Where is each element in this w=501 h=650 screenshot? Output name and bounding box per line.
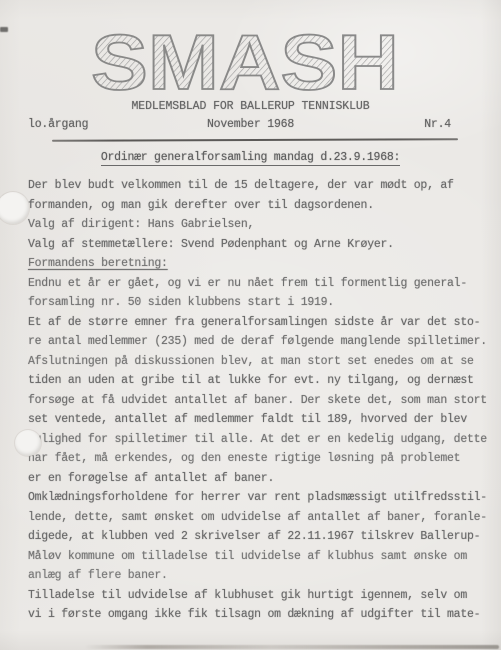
masthead-logo: SMASH	[85, 22, 405, 102]
text-line: re antal medlemmer (235) med de deraf fø…	[28, 332, 494, 352]
hole-punch-bottom	[15, 430, 41, 456]
article-lines: Der blev budt velkommen til de 15 deltag…	[28, 176, 494, 625]
text-line: set ventede, antallet af medlemmer faldt…	[28, 410, 494, 430]
text-line: tiden an uden at gribe til at lukke for …	[28, 371, 494, 391]
text-line: digede, at klubben ved 2 skrivelser af 2…	[28, 527, 494, 547]
text-line: Afslutningen på diskussionen blev, at ma…	[28, 352, 494, 372]
masthead-subtitle: MEDLEMSBLAD FOR BALLERUP TENNISKLUB	[0, 100, 501, 113]
text-line: lende, dette, samt ønsket om udvidelse a…	[28, 508, 494, 528]
text-line: Tilladelse til udvidelse af klubhuset gi…	[28, 586, 494, 606]
text-line: formanden, og man gik derefter over til …	[28, 196, 494, 216]
text-line: er en forøgelse af antallet af baner.	[28, 469, 494, 489]
text-line: anlæg af flere baner.	[28, 566, 494, 586]
hole-punch-top	[0, 192, 29, 224]
text-line: Omklædningsforholdene for herrer var ren…	[28, 488, 494, 508]
text-line: Formandens beretning:	[28, 254, 494, 274]
text-line: vi i første omgang ikke fik tilsagn om d…	[28, 605, 494, 625]
text-line: Valg af stemmetællere: Svend Pødenphant …	[28, 235, 494, 255]
logo-text: SMASH	[91, 22, 399, 102]
scan-edge-mark	[0, 27, 8, 32]
article-heading-text: Ordinær generalforsamling mandag d.23.9.…	[101, 151, 400, 166]
text-line: forsamling nr. 50 siden klubbens start i…	[28, 293, 494, 313]
text-line: Endnu et år er gået, og vi er nu nået fr…	[28, 274, 494, 294]
issue-label: Nr.4	[424, 118, 451, 131]
smash-logo-drawing: SMASH	[85, 22, 405, 102]
scan-smudge	[85, 645, 499, 649]
text-line: Måløv kommune om tilladelse til udvidels…	[28, 547, 494, 567]
date-label: November 1968	[28, 118, 473, 131]
newsletter-page: SMASH MEDLEMSBLAD FOR BALLERUP TENNISKLU…	[0, 0, 501, 650]
text-line: har fået, må erkendes, og den eneste rig…	[28, 449, 494, 469]
text-line: Et af de større emner fra generalforsaml…	[28, 313, 494, 333]
text-line: forsøge at få udvidet antallet af baner.…	[28, 391, 494, 411]
text-line: mulighed for spilletimer til alle. At de…	[28, 430, 494, 450]
masthead-rule	[52, 138, 458, 141]
article-heading: Ordinær generalforsamling mandag d.23.9.…	[0, 151, 501, 164]
masthead-dateline: lo.årgang November 1968 Nr.4	[28, 118, 473, 134]
text-line: Valg af dirigent: Hans Gabrielsen,	[28, 215, 494, 235]
text-line: Der blev budt velkommen til de 15 deltag…	[28, 176, 494, 196]
